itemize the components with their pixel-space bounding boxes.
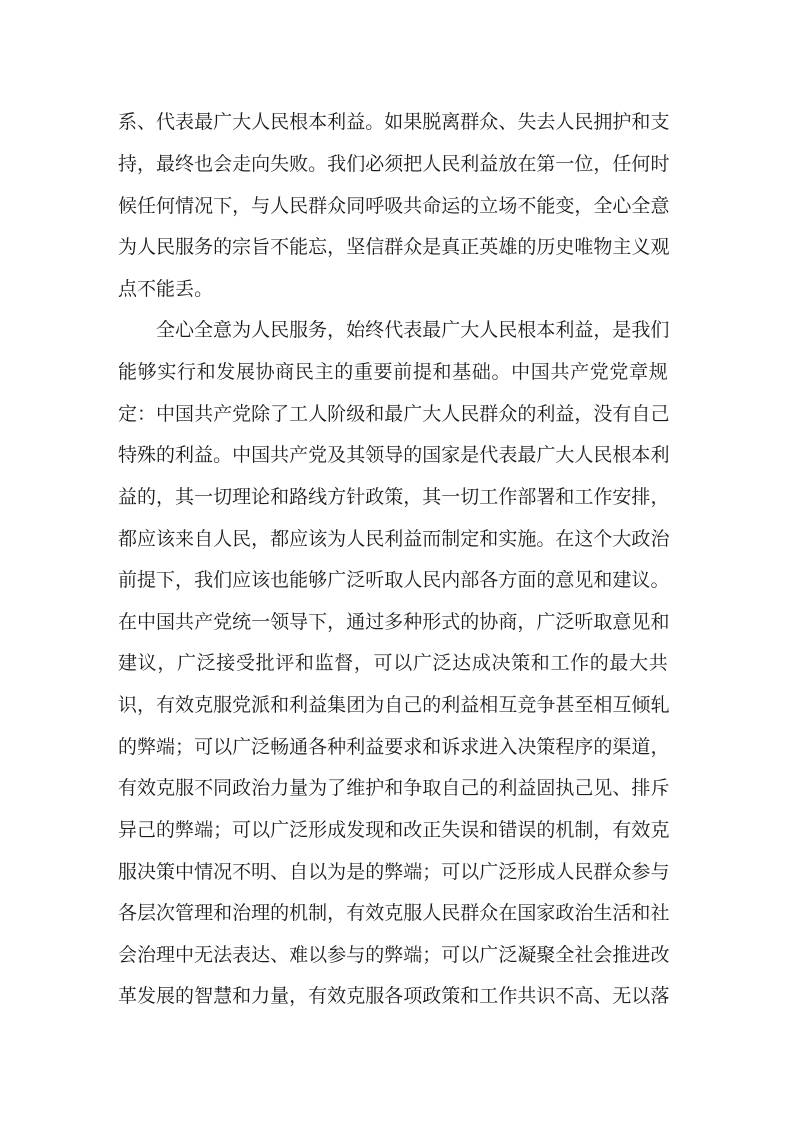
text-character: 治 <box>137 940 156 967</box>
text-character: 效 <box>365 898 384 925</box>
text-character: ， <box>327 607 346 634</box>
text-character: 的 <box>365 940 384 967</box>
text-character: 道 <box>631 732 650 759</box>
text-character: 本 <box>308 107 327 134</box>
text-character: 我 <box>631 315 650 342</box>
text-character: 工 <box>289 399 308 426</box>
text-character: 能 <box>118 357 137 384</box>
text-character: 改 <box>403 815 422 842</box>
text-character: 也 <box>270 565 289 592</box>
text-character: 见 <box>593 773 612 800</box>
text-character: 了 <box>270 399 289 426</box>
text-character: 。 <box>536 524 555 551</box>
text-character: 中 <box>175 857 194 884</box>
text-character: 定 <box>460 524 479 551</box>
text-character: 终 <box>365 315 384 342</box>
text-character: 益 <box>308 690 327 717</box>
text-character: 级 <box>346 399 365 426</box>
text-character: 方 <box>498 565 517 592</box>
text-character: 商 <box>275 357 294 384</box>
text-line: 会治理中无法表达、难以参与的弊端；可以广泛凝聚全社会推进改 <box>118 933 668 975</box>
text-character: 国 <box>156 607 175 634</box>
text-character: 大 <box>232 107 251 134</box>
text-character: 形 <box>308 815 327 842</box>
text-character: 民 <box>574 857 593 884</box>
text-character: 机 <box>555 815 574 842</box>
text-character: ， <box>574 191 593 218</box>
text-character: 通 <box>289 732 308 759</box>
text-character: 人 <box>422 898 441 925</box>
text-character: 任 <box>612 149 631 176</box>
text-character: 服 <box>289 315 308 342</box>
text-character: 要 <box>384 732 403 759</box>
text-character: 向 <box>251 149 270 176</box>
text-character: 至 <box>574 690 593 717</box>
text-character: 最 <box>609 648 628 675</box>
text-character: 最 <box>422 315 441 342</box>
text-character: 听 <box>365 565 384 592</box>
text-character: 群 <box>479 399 498 426</box>
text-character: 支 <box>650 107 669 134</box>
text-character: ， <box>354 648 373 675</box>
text-character: 况 <box>194 191 213 218</box>
text-character: 和 <box>650 607 669 634</box>
text-character: ， <box>574 399 593 426</box>
text-character: 力 <box>270 773 289 800</box>
text-character: 正 <box>422 815 441 842</box>
text-character: 、 <box>137 107 156 134</box>
text-character: 去 <box>536 107 555 134</box>
text-character: 端 <box>403 940 422 967</box>
text-character: 广 <box>413 648 432 675</box>
text-character: 以 <box>631 981 650 1008</box>
text-character: 民 <box>295 357 314 384</box>
text-character: 有 <box>156 690 175 717</box>
text-character: 服 <box>118 857 137 884</box>
text-character: 的 <box>517 399 536 426</box>
text-character: 作 <box>570 648 589 675</box>
text-character: 克 <box>194 690 213 717</box>
text-character: 和 <box>593 565 612 592</box>
text-character: 家 <box>536 898 555 925</box>
text-character: 民 <box>156 232 175 259</box>
text-character: 和 <box>365 399 384 426</box>
text-character: ， <box>289 981 308 1008</box>
text-character: 主 <box>315 357 334 384</box>
text-character: 党 <box>590 357 609 384</box>
text-character: 情 <box>194 857 213 884</box>
document-page: 系、代表最广大人民根本利益。如果脱离群众、失去人民拥护和支持，最终也会走向失败。… <box>0 0 800 1130</box>
text-character: 议 <box>138 648 157 675</box>
text-character: 走 <box>232 149 251 176</box>
text-character: 导 <box>289 607 308 634</box>
text-character: 可 <box>441 857 460 884</box>
text-character: 弊 <box>384 857 403 884</box>
text-character: 团 <box>346 690 365 717</box>
text-character: 的 <box>270 898 289 925</box>
text-character: 雄 <box>498 232 517 259</box>
text-character: 全 <box>631 191 650 218</box>
text-character: 以 <box>308 857 327 884</box>
text-character: 自 <box>631 399 650 426</box>
text-character: 管 <box>175 898 194 925</box>
text-character: 可 <box>232 815 251 842</box>
text-character: 渠 <box>612 732 631 759</box>
text-character: 、 <box>498 107 517 134</box>
text-character: 泛 <box>197 648 216 675</box>
text-character: ， <box>137 690 156 717</box>
text-character: 广 <box>403 399 422 426</box>
text-character: 益 <box>460 690 479 717</box>
text-character: ； <box>422 857 441 884</box>
text-character: 会 <box>593 940 612 967</box>
text-line: 定：中国共产党除了工人阶级和最广大人民群众的利益，没有自己 <box>118 391 668 433</box>
text-character: 评 <box>275 648 294 675</box>
text-line: 服决策中情况不明、自以为是的弊端；可以广泛形成人民群众参与 <box>118 849 668 891</box>
text-character: 是 <box>460 440 479 467</box>
text-character: 工 <box>550 648 569 675</box>
text-character: 宗 <box>232 232 251 259</box>
text-character: 以 <box>460 857 479 884</box>
text-character: 和 <box>232 981 251 1008</box>
text-character: 共 <box>517 981 536 1008</box>
text-character: 部 <box>460 565 479 592</box>
text-character: 取 <box>384 565 403 592</box>
text-character: 广 <box>213 107 232 134</box>
text-character: 和 <box>270 690 289 717</box>
text-character: 针 <box>346 482 365 509</box>
text-character: 提 <box>137 565 156 592</box>
text-character: 够 <box>138 357 157 384</box>
text-character: 多 <box>384 607 403 634</box>
text-character: 法 <box>213 940 232 967</box>
text-character: 根 <box>612 440 631 467</box>
text-character: 其 <box>422 482 441 509</box>
text-character: 斥 <box>650 773 669 800</box>
text-character: 的 <box>460 607 479 634</box>
text-line: 各层次管理和治理的机制，有效克服人民群众在国家政治生活和社 <box>118 891 668 933</box>
text-character: 端 <box>194 815 213 842</box>
text-character: 党 <box>232 690 251 717</box>
text-character: 批 <box>256 648 275 675</box>
text-character: 一 <box>555 149 574 176</box>
text-character: 泛 <box>251 732 270 759</box>
text-character: ； <box>422 940 441 967</box>
text-character: 方 <box>327 482 346 509</box>
text-character: 中 <box>232 440 251 467</box>
text-character: 大 <box>460 315 479 342</box>
text-character: 量 <box>289 773 308 800</box>
text-character: 果 <box>403 107 422 134</box>
text-character: 成 <box>536 857 555 884</box>
text-character: 广 <box>536 607 555 634</box>
text-character: 发 <box>346 815 365 842</box>
text-character: 候 <box>118 191 137 218</box>
text-character: 有 <box>118 773 137 800</box>
text-character: 意 <box>612 607 631 634</box>
text-character: 政 <box>365 482 384 509</box>
text-character: 应 <box>289 524 308 551</box>
text-character: 和 <box>197 357 216 384</box>
text-character: 取 <box>593 607 612 634</box>
text-character: 大 <box>612 524 631 551</box>
text-character: 共 <box>550 357 569 384</box>
text-character: 够 <box>308 565 327 592</box>
text-character: 受 <box>236 648 255 675</box>
text-character: 也 <box>194 149 213 176</box>
text-character: 历 <box>536 232 555 259</box>
text-character: 民 <box>270 315 289 342</box>
text-character: 的 <box>365 857 384 884</box>
text-character: 在 <box>517 149 536 176</box>
text-character: 失 <box>517 107 536 134</box>
text-character: 进 <box>479 732 498 759</box>
text-character: 误 <box>517 815 536 842</box>
text-character: 英 <box>479 232 498 259</box>
text-character: 前 <box>393 357 412 384</box>
text-character: 护 <box>612 107 631 134</box>
text-character: 持 <box>118 149 137 176</box>
text-character: 民 <box>498 315 517 342</box>
text-character: 国 <box>531 357 550 384</box>
text-character: 难 <box>289 940 308 967</box>
text-character: 。 <box>308 149 327 176</box>
text-character: 人 <box>213 524 232 551</box>
text-character: 形 <box>517 857 536 884</box>
text-character: 切 <box>460 482 479 509</box>
text-character: 工 <box>574 482 593 509</box>
text-character: 政 <box>422 981 441 1008</box>
text-character: 了 <box>327 773 346 800</box>
text-character: 殊 <box>137 440 156 467</box>
text-character: 意 <box>555 565 574 592</box>
text-character: 信 <box>365 232 384 259</box>
text-character: 求 <box>403 732 422 759</box>
text-character: 大 <box>629 648 648 675</box>
text-character: 行 <box>177 357 196 384</box>
text-character: 终 <box>175 149 194 176</box>
text-character: 和 <box>555 482 574 509</box>
text-character: 众 <box>479 107 498 134</box>
text-character: 和 <box>270 482 289 509</box>
text-character: 作 <box>498 482 517 509</box>
text-character: 展 <box>156 981 175 1008</box>
text-character: 其 <box>175 482 194 509</box>
text-character: 产 <box>570 357 589 384</box>
text-character: 都 <box>270 524 289 551</box>
text-line: 有效克服不同政治力量为了维护和争取自己的利益固执己见、排斥 <box>118 766 668 808</box>
text-character: 人 <box>251 107 270 134</box>
text-character: 建 <box>612 565 631 592</box>
text-character: 切 <box>213 482 232 509</box>
text-character: 能 <box>289 232 308 259</box>
text-character: 丢 <box>175 274 194 301</box>
text-character: 自 <box>194 524 213 551</box>
text-character: 与 <box>346 940 365 967</box>
text-character: 利 <box>460 149 479 176</box>
text-character: 署 <box>536 482 555 509</box>
text-character: 甚 <box>555 690 574 717</box>
text-character: 失 <box>270 149 289 176</box>
text-character: 来 <box>175 524 194 551</box>
text-character: 种 <box>327 732 346 759</box>
text-character: 党 <box>213 607 232 634</box>
text-character: 民 <box>365 524 384 551</box>
text-character: 人 <box>555 857 574 884</box>
text-character: 民 <box>574 107 593 134</box>
text-character: 最 <box>517 440 536 467</box>
text-character: 忘 <box>308 232 327 259</box>
text-character: 该 <box>251 565 270 592</box>
text-character: 人 <box>422 149 441 176</box>
text-character: 以 <box>251 815 270 842</box>
text-character: ， <box>251 524 270 551</box>
text-character: 运 <box>441 191 460 218</box>
text-character: 工 <box>479 981 498 1008</box>
text-character: 离 <box>441 107 460 134</box>
text-character: 互 <box>612 690 631 717</box>
text-character: 意 <box>650 191 669 218</box>
text-character: 民 <box>422 565 441 592</box>
text-character: 全 <box>194 315 213 342</box>
text-character: 中 <box>175 940 194 967</box>
text-character: 程 <box>555 732 574 759</box>
text-character: 相 <box>479 690 498 717</box>
text-character: 线 <box>308 482 327 509</box>
text-character: 、 <box>612 773 631 800</box>
text-character: ； <box>213 815 232 842</box>
text-character: 利 <box>384 524 403 551</box>
text-character: 益 <box>574 315 593 342</box>
text-character: 主 <box>612 232 631 259</box>
text-character: 落 <box>650 981 669 1008</box>
text-character: 如 <box>384 107 403 134</box>
text-character: 护 <box>365 773 384 800</box>
text-character: 是 <box>422 232 441 259</box>
text-character: 。 <box>365 107 384 134</box>
text-character: 根 <box>289 107 308 134</box>
text-character: 产 <box>213 399 232 426</box>
text-character: 在 <box>118 607 137 634</box>
text-line: 革发展的智慧和力量，有效克服各项政策和工作共识不高、无以落 <box>118 974 668 1016</box>
text-character: 量 <box>270 981 289 1008</box>
text-character: 克 <box>156 773 175 800</box>
text-character: 大 <box>422 399 441 426</box>
text-character: 社 <box>574 940 593 967</box>
text-character: 。 <box>194 274 213 301</box>
text-line: 益的，其一切理论和路线方针政策，其一切工作部署和工作安排， <box>118 475 668 517</box>
text-character: 产 <box>194 607 213 634</box>
text-character: 为 <box>365 690 384 717</box>
text-character: 领 <box>365 440 384 467</box>
text-character: 都 <box>118 524 137 551</box>
text-character: 规 <box>649 357 668 384</box>
text-character: 服 <box>175 773 194 800</box>
text-character: 以 <box>393 648 412 675</box>
text-character: 策 <box>536 732 555 759</box>
text-character: 众 <box>612 857 631 884</box>
text-character: 人 <box>555 107 574 134</box>
text-character: 旨 <box>251 232 270 259</box>
text-character: 一 <box>441 482 460 509</box>
text-character: 弊 <box>137 732 156 759</box>
text-character: 共 <box>194 399 213 426</box>
text-character: 泛 <box>498 857 517 884</box>
text-character: 不 <box>194 773 213 800</box>
text-character: 的 <box>479 773 498 800</box>
text-character: 和 <box>479 524 498 551</box>
text-character: 们 <box>213 565 232 592</box>
text-character: 群 <box>384 232 403 259</box>
text-line: 前提下，我们应该也能够广泛听取人民内部各方面的意见和建议。 <box>118 558 668 600</box>
text-character: 任 <box>137 191 156 218</box>
text-character: 序 <box>574 732 593 759</box>
text-character: 端 <box>156 732 175 759</box>
text-character: 泛 <box>555 607 574 634</box>
text-character: 况 <box>213 857 232 884</box>
text-character: 导 <box>384 440 403 467</box>
text-character: 阶 <box>327 399 346 426</box>
text-character: 面 <box>517 565 536 592</box>
text-character: 己 <box>650 399 669 426</box>
text-character: 义 <box>631 232 650 259</box>
text-character: 人 <box>479 315 498 342</box>
text-character: 策 <box>441 981 460 1008</box>
text-character: 众 <box>479 898 498 925</box>
text-character: 效 <box>137 773 156 800</box>
text-character: 益 <box>517 773 536 800</box>
text-line: 候任何情况下，与人民群众同呼吸共命运的立场不能变，全心全意 <box>118 183 668 225</box>
text-character: 正 <box>460 232 479 259</box>
text-character: ， <box>593 815 612 842</box>
text-character: 坚 <box>346 232 365 259</box>
text-character: 各 <box>118 898 137 925</box>
text-character: 社 <box>650 898 669 925</box>
text-character: 泛 <box>433 648 452 675</box>
text-character: 何 <box>631 149 650 176</box>
text-character: 要 <box>374 357 393 384</box>
text-character: 过 <box>365 607 384 634</box>
text-character: 民 <box>460 399 479 426</box>
text-character: 们 <box>346 149 365 176</box>
text-character: 入 <box>498 732 517 759</box>
text-character: 呼 <box>365 191 384 218</box>
text-character: 端 <box>403 857 422 884</box>
text-character: 和 <box>384 815 403 842</box>
text-character: 本 <box>631 440 650 467</box>
text-character: 现 <box>365 815 384 842</box>
text-character: 监 <box>315 648 334 675</box>
text-character: 理 <box>156 940 175 967</box>
text-character: 决 <box>137 857 156 884</box>
text-character: 利 <box>650 440 669 467</box>
text-character: 点 <box>118 274 137 301</box>
text-character: 重 <box>354 357 373 384</box>
text-character: ； <box>175 732 194 759</box>
text-character: 的 <box>156 815 175 842</box>
text-character: 参 <box>327 940 346 967</box>
text-character: 实 <box>498 524 517 551</box>
text-character: 式 <box>441 607 460 634</box>
text-character: 众 <box>403 232 422 259</box>
text-character: 国 <box>422 440 441 467</box>
text-character: 治 <box>574 898 593 925</box>
text-character: 是 <box>612 315 631 342</box>
text-character: 弊 <box>175 815 194 842</box>
text-character: 种 <box>403 607 422 634</box>
text-character: 。 <box>213 440 232 467</box>
text-character: 利 <box>175 440 194 467</box>
